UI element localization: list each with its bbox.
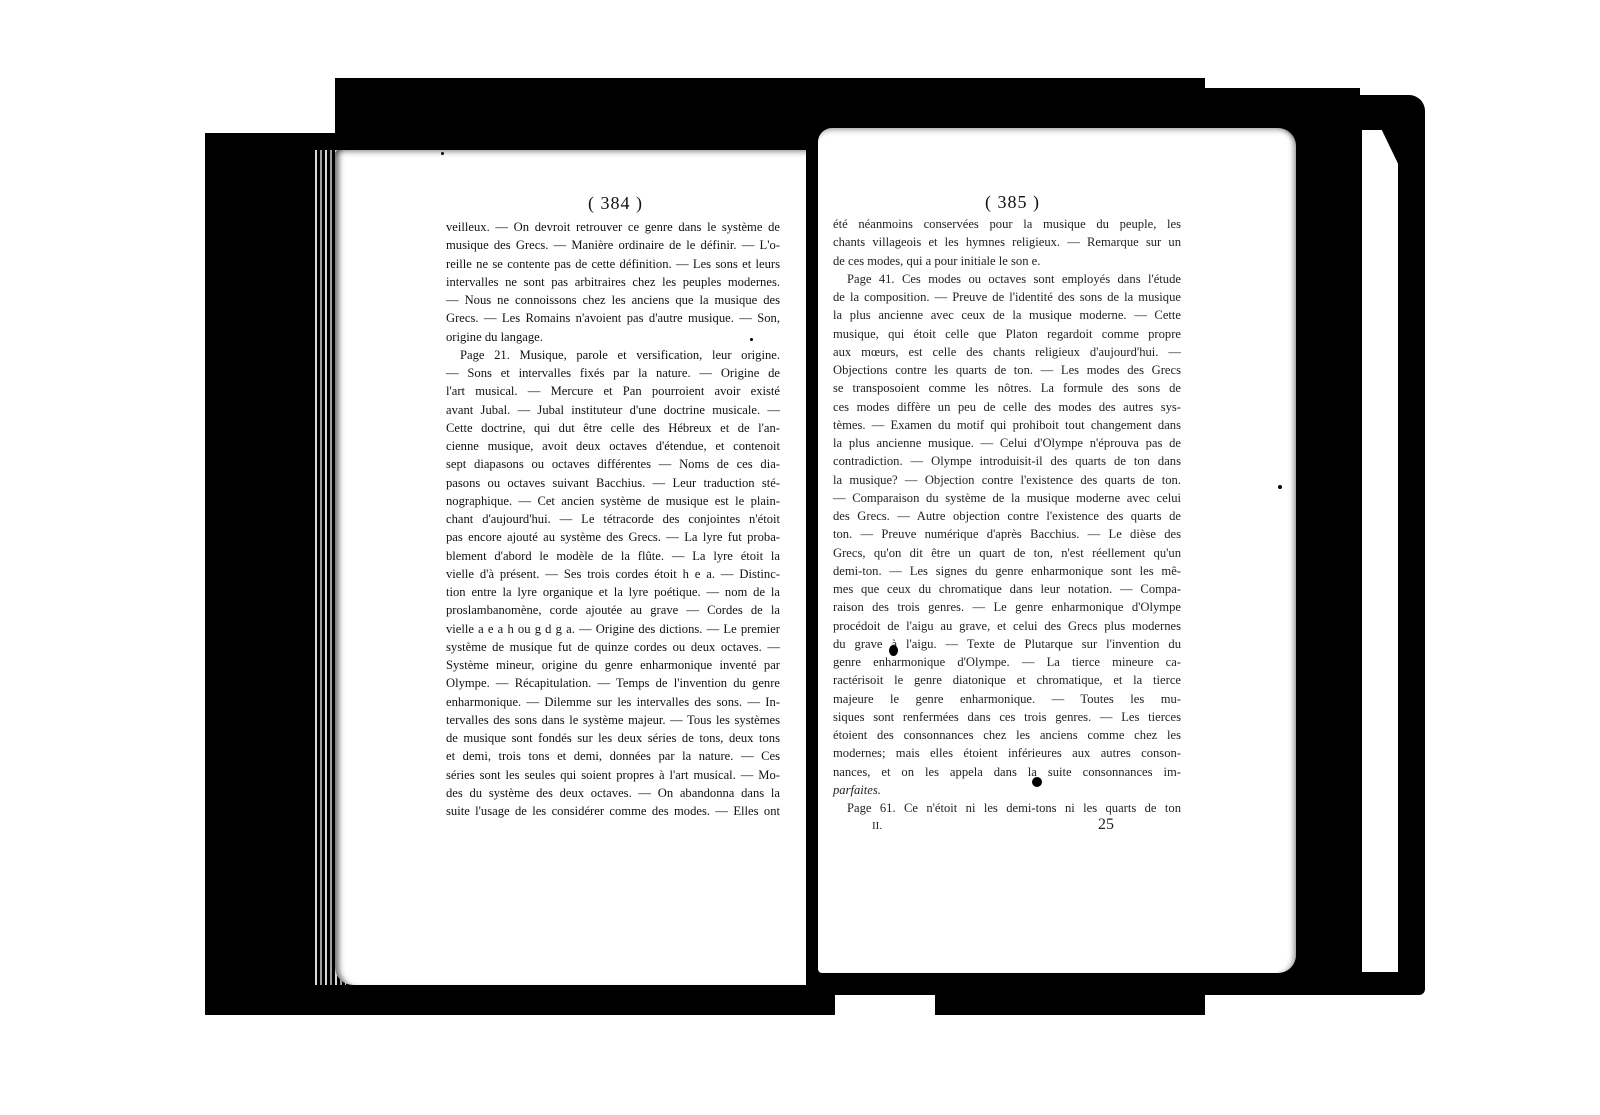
text-line: séries sont les seules qui soient propre… bbox=[446, 766, 780, 784]
cover-corner-notch bbox=[205, 78, 335, 133]
text-line: proslambanomène, corde ajoutée au grave … bbox=[446, 601, 780, 619]
text-line: nographique. — Cet ancien système de mus… bbox=[446, 492, 780, 510]
text-line: tion entre la lyre organique et la lyre … bbox=[446, 583, 780, 601]
text-line: l'art musical. — Mercure et Pan pourroie… bbox=[446, 382, 780, 400]
left-page-text: veilleux. — On devroit retrouver ce genr… bbox=[446, 218, 780, 820]
ink-speck bbox=[750, 338, 753, 341]
text-line: genre enharmonique d'Olympe. — La tierce… bbox=[833, 653, 1181, 671]
text-line: nances, et on les appela dans la suite c… bbox=[833, 763, 1181, 781]
book-scan: ( 384 ) veilleux. — On devroit retrouver… bbox=[0, 0, 1600, 1115]
text-line: étoient des consonnances chez les ancien… bbox=[833, 726, 1181, 744]
text-line: musique, qui étoit celle que Platon rega… bbox=[833, 325, 1181, 343]
text-line: pasons ou octaves suivant Bacchius. — Le… bbox=[446, 474, 780, 492]
ink-speck bbox=[441, 152, 444, 155]
ink-speck bbox=[1278, 485, 1282, 489]
cover-board-edge bbox=[1400, 120, 1420, 980]
text-line: musique des Grecs. — Manière ordinaire d… bbox=[446, 236, 780, 254]
text-line: procédoit de l'aigu au grave, et celui d… bbox=[833, 617, 1181, 635]
text-line: chant d'aujourd'hui. — Le tétracorde des… bbox=[446, 510, 780, 528]
text-line: Grecs, qu'on dit être un quart de ton, n… bbox=[833, 544, 1181, 562]
text-line: et demi, trois tons et demi, données par… bbox=[446, 747, 780, 765]
text-line: siques sont renfermées dans ces trois ge… bbox=[833, 708, 1181, 726]
text-line: système de musique fut de quinze cordes … bbox=[446, 638, 780, 656]
text-line: Olympe. — Récapitulation. — Temps de l'i… bbox=[446, 674, 780, 692]
text-line: majeure le genre enharmonique. — Toutes … bbox=[833, 690, 1181, 708]
text-line: la plus ancienne musique. — Celui d'Olym… bbox=[833, 434, 1181, 452]
text-line: pas encore ajouté au système des Grecs. … bbox=[446, 528, 780, 546]
text-line: raison des trois genres. — Le genre enha… bbox=[833, 598, 1181, 616]
text-line: tervalles des sons dans le système majeu… bbox=[446, 711, 780, 729]
book-gutter bbox=[806, 140, 816, 1010]
text-line: la plus ancienne avec ceux de la musique… bbox=[833, 306, 1181, 324]
spine-tape-mark bbox=[947, 995, 952, 1015]
ink-blot bbox=[889, 645, 898, 656]
signature-mark: II. bbox=[872, 820, 882, 832]
text-line: enharmonique. — Dilemme sur les interval… bbox=[446, 693, 780, 711]
text-line: vielle a e a h ou g d g a. — Origine des… bbox=[446, 620, 780, 638]
text-line: se transposoient comme les nôtres. La fo… bbox=[833, 379, 1181, 397]
text-line: Grecs. — Les Romains n'avoient pas d'aut… bbox=[446, 309, 780, 327]
text-line: de ces modes, qui a pour initiale le son… bbox=[833, 252, 1181, 270]
text-line-page-ref: Page 61. Ce n'étoit ni les demi-tons ni … bbox=[833, 799, 1181, 817]
text-line: Système mineur, origine du genre enharmo… bbox=[446, 656, 780, 674]
ink-blot bbox=[1032, 777, 1042, 787]
text-line: cienne musique, avoit deux octaves d'éte… bbox=[446, 437, 780, 455]
text-line: reille ne se contente pas de cette défin… bbox=[446, 255, 780, 273]
text-line: demi-ton. — Les signes du genre enharmon… bbox=[833, 562, 1181, 580]
text-line: ton. — Preuve numérique d'après Bacchius… bbox=[833, 525, 1181, 543]
text-line: — Comparaison du système de la musique m… bbox=[833, 489, 1181, 507]
text-line: mes que ceux du chromatique dans leur no… bbox=[833, 580, 1181, 598]
text-line: de la composition. — Preuve de l'identit… bbox=[833, 288, 1181, 306]
spine-tape-mark bbox=[1000, 995, 1005, 1015]
text-line: des Grecs. — Autre objection contre l'ex… bbox=[833, 507, 1181, 525]
text-line: vielle d'à présent. — Ses trois cordes é… bbox=[446, 565, 780, 583]
text-line: — Nous ne connoissons chez les anciens q… bbox=[446, 291, 780, 309]
text-line: intervalles ne sont pas arbitraires chez… bbox=[446, 273, 780, 291]
right-page-number: ( 385 ) bbox=[985, 192, 1040, 213]
text-line: été néanmoins conservées pour la musique… bbox=[833, 215, 1181, 233]
text-line: chants villageois et les hymnes religieu… bbox=[833, 233, 1181, 251]
text-line: blement d'abord le modèle de la flûte. —… bbox=[446, 547, 780, 565]
spine-gap bbox=[835, 995, 935, 1015]
text-line: ces modes diffère un peu de celle des mo… bbox=[833, 398, 1181, 416]
text-line-page-ref: Page 21. Musique, parole et versificatio… bbox=[446, 346, 780, 364]
text-line: ractérisoit le genre diatonique et chrom… bbox=[833, 671, 1181, 689]
text-line: Cette doctrine, qui dut être celle des H… bbox=[446, 419, 780, 437]
text-line: avant Jubal. — Jubal instituteur d'une d… bbox=[446, 401, 780, 419]
text-line: des du système des deux octaves. — On ab… bbox=[446, 784, 780, 802]
text-line: sept diapasons ou octaves différentes — … bbox=[446, 455, 780, 473]
left-page-number: ( 384 ) bbox=[588, 193, 643, 214]
text-line: de musique sont fondés sur les deux séri… bbox=[446, 729, 780, 747]
right-page-text: été néanmoins conservées pour la musique… bbox=[833, 215, 1181, 817]
text-line: aux mœurs, est celle des chants religieu… bbox=[833, 343, 1181, 361]
gathering-number: 25 bbox=[1098, 816, 1114, 834]
text-line-page-ref: Page 41. Ces modes ou octaves sont emplo… bbox=[833, 270, 1181, 288]
text-line: modernes; mais elles étoient inférieures… bbox=[833, 744, 1181, 762]
text-line: parfaites. bbox=[833, 781, 1181, 799]
text-line: Objections contre les quarts de ton. — L… bbox=[833, 361, 1181, 379]
text-line: veilleux. — On devroit retrouver ce genr… bbox=[446, 218, 780, 236]
text-line: du grave à l'aigu. — Texte de Plutarque … bbox=[833, 635, 1181, 653]
text-line: tèmes. — Examen du motif qui prohiboit t… bbox=[833, 416, 1181, 434]
fore-edge-leaves bbox=[1362, 130, 1398, 972]
text-line: la musique? — Objection contre l'existen… bbox=[833, 471, 1181, 489]
text-line: contradiction. — Olympe introduisit-il d… bbox=[833, 452, 1181, 470]
text-line: suite l'usage de les considérer comme de… bbox=[446, 802, 780, 820]
text-line: origine du langage. bbox=[446, 328, 780, 346]
text-line: — Sons et intervalles fixés par la natur… bbox=[446, 364, 780, 382]
